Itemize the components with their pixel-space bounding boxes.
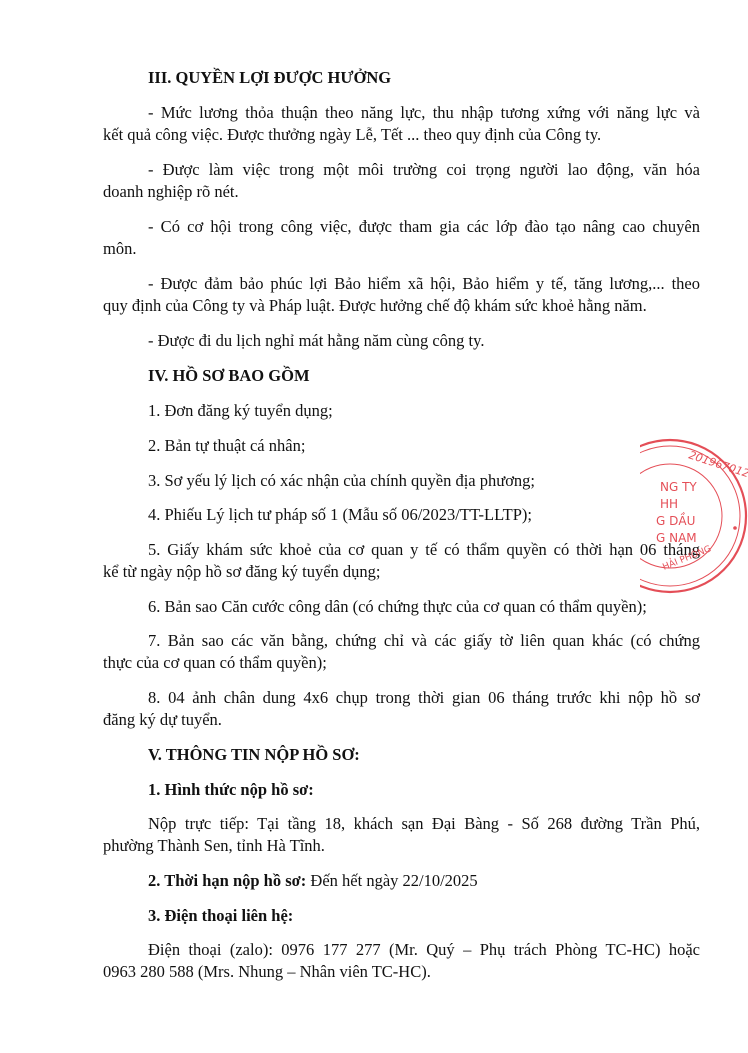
contact-phone-label: 3. Điện thoại liên hệ: <box>148 906 700 926</box>
svg-text:G DẦU: G DẦU <box>656 512 695 528</box>
section-heading-documents: IV. HỒ SƠ BAO GỒM <box>148 366 700 386</box>
benefit-3-line-2: môn. <box>103 239 700 259</box>
svg-text:2019670122: 2019670122 <box>687 448 748 482</box>
benefit-3-line-1: - Có cơ hội trong công việc, được tham g… <box>148 217 700 237</box>
benefit-4-line-1: - Được đảm bảo phúc lợi Bảo hiểm xã hội,… <box>148 274 700 294</box>
benefit-2-line-2: doanh nghiệp rõ nét. <box>103 182 700 202</box>
svg-text:HH: HH <box>660 497 678 511</box>
deadline-label: 2. Thời hạn nộp hồ sơ: <box>148 871 306 890</box>
document-item-8-line-2: đăng ký dự tuyển. <box>103 710 700 730</box>
contact-phone-line-2: 0963 280 588 (Mrs. Nhung – Nhân viên TC-… <box>103 962 700 982</box>
document-item-4: 4. Phiếu Lý lịch tư pháp số 1 (Mẫu số 06… <box>148 505 700 525</box>
deadline: 2. Thời hạn nộp hồ sơ: Đến hết ngày 22/1… <box>148 871 700 891</box>
contact-phone-line-1: Điện thoại (zalo): 0976 177 277 (Mr. Quý… <box>148 940 700 960</box>
document-item-7-line-1: 7. Bản sao các văn bằng, chứng chỉ và cá… <box>148 631 700 651</box>
benefit-1-line-2: kết quả công việc. Được thưởng ngày Lễ, … <box>103 125 700 145</box>
svg-text:HẢI PHÒNG: HẢI PHÒNG <box>661 542 713 572</box>
document-item-3: 3. Sơ yếu lý lịch có xác nhận của chính … <box>148 471 700 491</box>
submission-method-label: 1. Hình thức nộp hồ sơ: <box>148 780 700 800</box>
benefit-2-line-1: - Được làm việc trong một môi trường coi… <box>148 160 700 180</box>
company-seal-stamp: 2019670122 NG TY HH G DẦU G NAM HẢI PHÒN… <box>640 436 748 596</box>
deadline-value: Đến hết ngày 22/10/2025 <box>306 871 477 890</box>
svg-text:NG TY: NG TY <box>660 480 697 494</box>
document-item-2: 2. Bản tự thuật cá nhân; <box>148 436 700 456</box>
svg-text:G NAM: G NAM <box>656 531 697 545</box>
benefit-1-line-1: - Mức lương thỏa thuận theo năng lực, th… <box>148 103 700 123</box>
document-item-5-line-1: 5. Giấy khám sức khoẻ của cơ quan y tế c… <box>148 540 700 560</box>
benefit-5: - Được đi du lịch nghỉ mát hằng năm cùng… <box>148 331 700 351</box>
document-item-1: 1. Đơn đăng ký tuyển dụng; <box>148 401 700 421</box>
document-item-6: 6. Bản sao Căn cước công dân (có chứng t… <box>148 597 700 617</box>
document-item-5-line-2: kể từ ngày nộp hồ sơ đăng ký tuyển dụng; <box>103 562 700 582</box>
section-heading-submission: V. THÔNG TIN NỘP HỒ SƠ: <box>148 745 700 765</box>
submission-method-line-1: Nộp trực tiếp: Tại tầng 18, khách sạn Đạ… <box>148 814 700 834</box>
document-item-7-line-2: thực của cơ quan có thẩm quyền); <box>103 653 700 673</box>
submission-method-line-2: phường Thành Sen, tỉnh Hà Tĩnh. <box>103 836 700 856</box>
section-heading-benefits: III. QUYỀN LỢI ĐƯỢC HƯỞNG <box>148 68 700 88</box>
benefit-4-line-2: quy định của Công ty và Pháp luật. Được … <box>103 296 700 316</box>
document-page: III. QUYỀN LỢI ĐƯỢC HƯỞNG - Mức lương th… <box>0 0 748 1053</box>
document-item-8-line-1: 8. 04 ảnh chân dung 4x6 chụp trong thời … <box>148 688 700 708</box>
